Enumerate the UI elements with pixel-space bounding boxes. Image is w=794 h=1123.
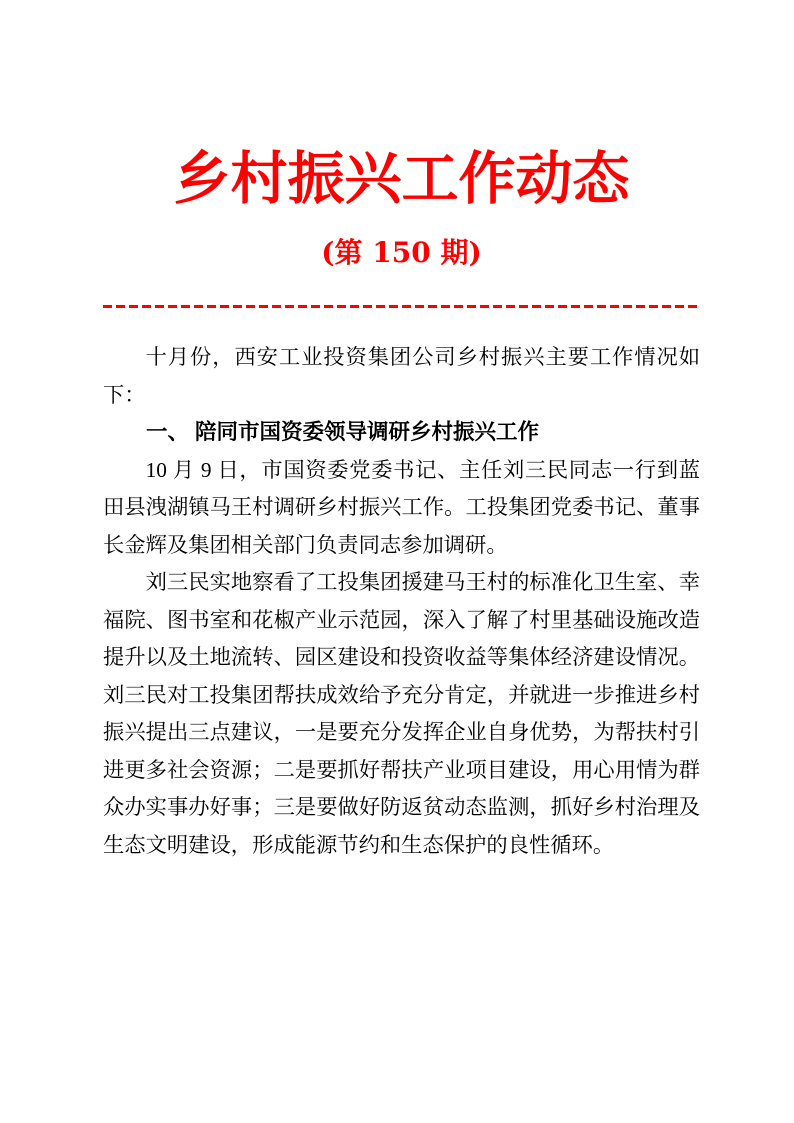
section-1-paragraph-1: 10 月 9 日，市国资委党委书记、主任刘三民同志一行到蓝田县洩湖镇马王村调研乡… — [103, 452, 700, 565]
issue-number: (第 150 期) — [103, 236, 700, 270]
red-dashed-divider — [103, 305, 700, 308]
section-1-heading: 一、 陪同市国资委领导调研乡村振兴工作 — [103, 414, 700, 452]
document-page: 乡村振兴工作动态 (第 150 期) 十月份，西安工业投资集团公司乡村振兴主要工… — [0, 0, 794, 1123]
document-title: 乡村振兴工作动态 — [103, 143, 700, 214]
document-body: 十月份，西安工业投资集团公司乡村振兴主要工作情况如下： 一、 陪同市国资委领导调… — [103, 339, 700, 864]
section-1-paragraph-2: 刘三民实地察看了工投集团援建马王村的标准化卫生室、幸福院、图书室和花椒产业示范园… — [103, 564, 700, 864]
intro-paragraph: 十月份，西安工业投资集团公司乡村振兴主要工作情况如下： — [103, 339, 700, 414]
